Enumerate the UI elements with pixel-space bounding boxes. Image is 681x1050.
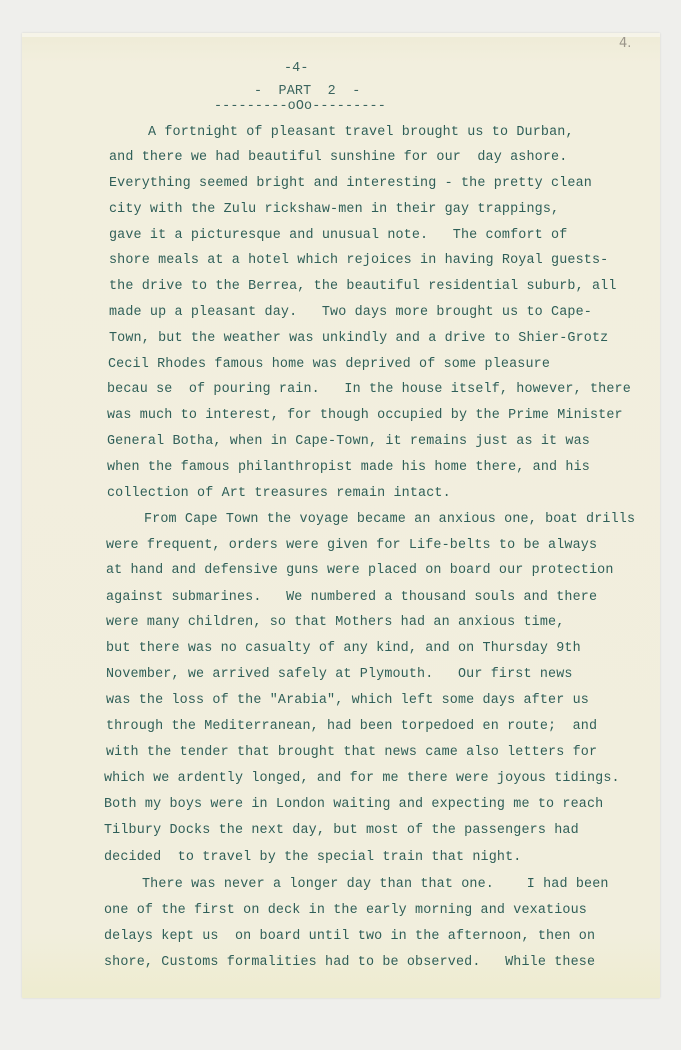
text-line: becau se of pouring rain. In the house i… bbox=[107, 382, 631, 398]
separator-rule: ---------oOo--------- bbox=[214, 99, 386, 115]
text-line: A fortnight of pleasant travel brought u… bbox=[148, 125, 574, 141]
text-line: was much to interest, for though occupie… bbox=[107, 408, 623, 424]
part-heading: - PART 2 - bbox=[254, 84, 360, 100]
text-line: November, we arrived safely at Plymouth.… bbox=[106, 667, 573, 683]
text-line: decided to travel by the special train t… bbox=[104, 850, 521, 866]
folio-mark: 4. bbox=[619, 36, 631, 51]
text-line: Both my boys were in London waiting and … bbox=[104, 797, 603, 813]
text-line: against submarines. We numbered a thousa… bbox=[106, 590, 597, 606]
text-line: There was never a longer day than that o… bbox=[142, 877, 609, 893]
text-line: at hand and defensive guns were placed o… bbox=[106, 563, 614, 579]
text-line: delays kept us on board until two in the… bbox=[104, 929, 595, 945]
text-line: was the loss of the "Arabia", which left… bbox=[106, 693, 589, 709]
text-line: Cecil Rhodes famous home was deprived of… bbox=[108, 357, 550, 373]
text-line: one of the first on deck in the early mo… bbox=[104, 903, 587, 919]
text-line: when the famous philanthropist made his … bbox=[107, 460, 590, 476]
text-line: From Cape Town the voyage became an anxi… bbox=[144, 512, 635, 528]
text-line: shore meals at a hotel which rejoices in… bbox=[109, 253, 608, 269]
text-line: collection of Art treasures remain intac… bbox=[107, 486, 451, 502]
text-line: which we ardently longed, and for me the… bbox=[104, 771, 620, 787]
text-line: Tilbury Docks the next day, but most of … bbox=[104, 823, 579, 839]
text-line: but there was no casualty of any kind, a… bbox=[106, 641, 581, 657]
text-line: the drive to the Berrea, the beautiful r… bbox=[109, 279, 617, 295]
text-line: city with the Zulu rickshaw-men in their… bbox=[109, 202, 559, 218]
text-line: with the tender that brought that news c… bbox=[106, 745, 597, 761]
page-number: -4- bbox=[284, 61, 309, 77]
text-line: shore, Customs formalities had to be obs… bbox=[104, 955, 595, 971]
text-line: and there we had beautiful sunshine for … bbox=[109, 150, 567, 166]
text-line: Everything seemed bright and interesting… bbox=[109, 176, 592, 192]
text-line: General Botha, when in Cape-Town, it rem… bbox=[107, 434, 590, 450]
text-line: gave it a picturesque and unusual note. … bbox=[109, 228, 567, 244]
text-line: Town, but the weather was unkindly and a… bbox=[109, 331, 608, 347]
text-line: were many children, so that Mothers had … bbox=[106, 615, 564, 631]
text-line: through the Mediterranean, had been torp… bbox=[106, 719, 597, 735]
text-line: were frequent, orders were given for Lif… bbox=[106, 538, 597, 554]
text-line: made up a pleasant day. Two days more br… bbox=[109, 305, 592, 321]
